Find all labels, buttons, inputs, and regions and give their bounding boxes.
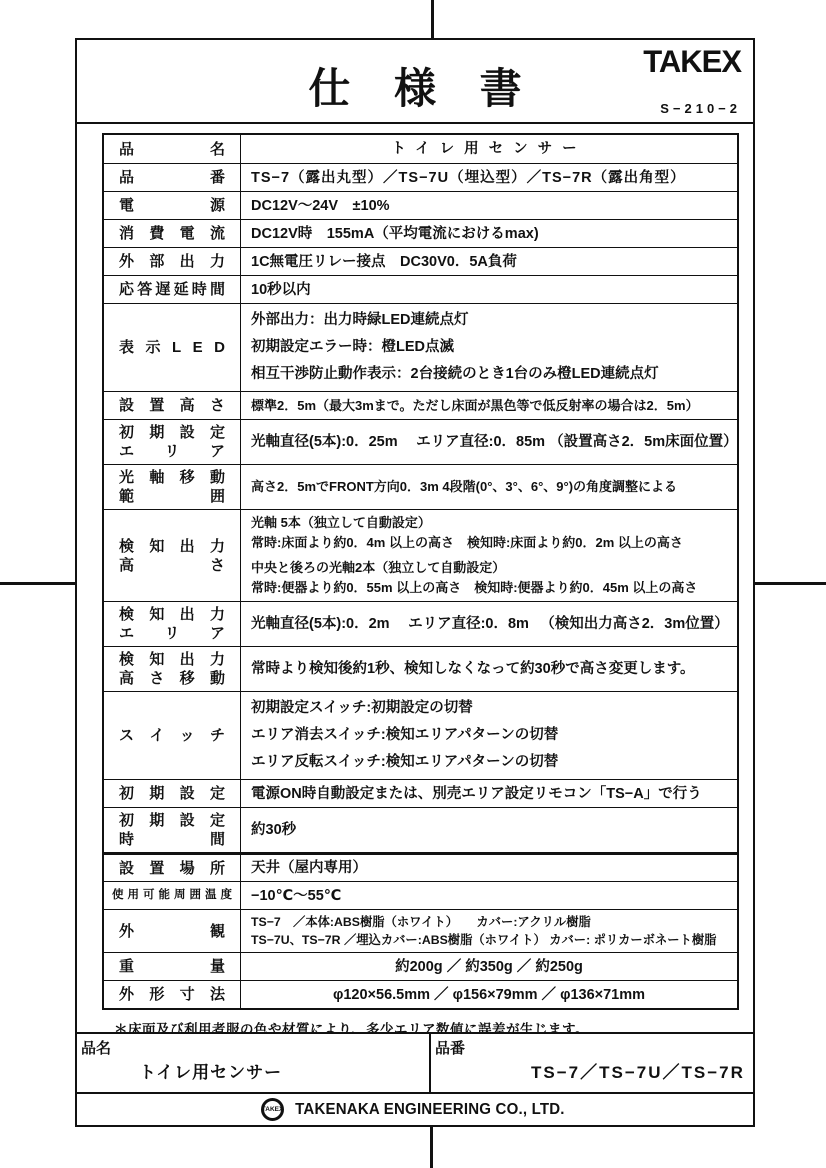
spec-label-line: 応答遅延時間 xyxy=(119,280,225,299)
spec-label-line: 初期設定 xyxy=(119,784,225,803)
spec-row-shoki_area: 初期設定エリア光軸直径(5本):0．25m エリア直径:0．85m （設置高さ2… xyxy=(104,419,737,464)
spec-label-line: 高さ xyxy=(119,556,225,575)
spec-value-line: DC12V～24V ±10% xyxy=(251,196,727,216)
spec-row-setchi_takasa: 設置高さ標準2．5m（最大3mまで。ただし床面が黒色等で低反射率の場合は2．5m… xyxy=(104,391,737,419)
spec-label-gaibu: 外部出力 xyxy=(104,248,241,275)
spec-value-switch: 初期設定スイッチ:初期設定の切替エリア消去スイッチ:検知エリアパターンの切替エリ… xyxy=(241,692,737,779)
spec-value-line: 相互干渉防止動作表示：2台接続のとき1台のみ橙LED連続点灯 xyxy=(251,361,727,388)
spec-row-gaikan: 外観TS−7 ／本体:ABS樹脂（ホワイト） カバー:アクリル樹脂TS−7U、T… xyxy=(104,909,737,952)
spec-row-switch: スイッチ初期設定スイッチ:初期設定の切替エリア消去スイッチ:検知エリアパターンの… xyxy=(104,691,737,779)
spec-value-gaikan: TS−7 ／本体:ABS樹脂（ホワイト） カバー:アクリル樹脂TS−7U、TS−… xyxy=(241,910,737,952)
spec-value-line: 初期設定エラー時：橙LED点滅 xyxy=(251,334,727,361)
company-footer: TAKEX TAKENAKA ENGINEERING CO., LTD. xyxy=(77,1092,753,1125)
spec-value-line: TS−7（露出丸型）／TS−7U（埋込型）／TS−7R（露出角型） xyxy=(251,168,727,188)
spec-value-shouhi: DC12V時 155mA（平均電流におけるmax) xyxy=(241,220,737,247)
spec-value-line: 約200g ／ 約350g ／ 約250g xyxy=(395,957,583,977)
summary-product-name: 品名 トイレ用センサー xyxy=(77,1034,431,1092)
spec-value-hinban: TS−7（露出丸型）／TS−7U（埋込型）／TS−7R（露出角型） xyxy=(241,164,737,191)
spec-value-line: φ120×56.5mm ／ φ156×79mm ／ φ136×71mm xyxy=(333,985,645,1005)
spec-value-line: 約30秒 xyxy=(251,820,727,840)
spec-row-kojiku: 光軸移動範囲高さ2．5mでFRONT方向0．3m 4段階(0°、3°、6°、9°… xyxy=(104,464,737,509)
spec-value-shoki_settei: 電源ON時自動設定または、別売エリア設定リモコン「TS−A」で行う xyxy=(241,780,737,807)
spec-value-led: 外部出力：出力時緑LED連続点灯初期設定エラー時：橙LED点滅相互干渉防止動作表… xyxy=(241,304,737,391)
spec-value-line: 初期設定スイッチ:初期設定の切替 xyxy=(251,695,727,722)
spec-row-gaibu: 外部出力1C無電圧リレー接点 DC30V0．5A負荷 xyxy=(104,247,737,275)
spec-label-hinmei: 品名 xyxy=(104,135,241,163)
crop-mark-right xyxy=(753,582,826,585)
spec-label-kojiku: 光軸移動範囲 xyxy=(104,465,241,509)
spec-label-kenchi_takasa: 検知出力高さ xyxy=(104,510,241,601)
spec-label-switch: スイッチ xyxy=(104,692,241,779)
spec-row-setchi_basho: 設置場所天井（屋内専用） xyxy=(104,852,737,881)
spec-row-led: 表示LED外部出力：出力時緑LED連続点灯初期設定エラー時：橙LED点滅相互干渉… xyxy=(104,303,737,391)
spec-value-ondo: −10℃～55℃ xyxy=(241,882,737,909)
spec-value-line: 常時より検知後約1秒、検知しなくなって約30秒で高さ変更します。 xyxy=(251,659,727,679)
spec-value-shoki_area: 光軸直径(5本):0．25m エリア直径:0．85m （設置高さ2．5m床面位置… xyxy=(241,420,748,464)
spec-value-line: 中央と後ろの光軸2本（独立して自動設定） xyxy=(251,558,727,578)
summary-number-label: 品番 xyxy=(431,1034,753,1058)
spec-label-gaikan: 外観 xyxy=(104,910,241,952)
spec-label-line: 検知出力 xyxy=(119,537,225,556)
spec-label-line: 設置場所 xyxy=(119,859,225,878)
spec-value-line: 常時:床面より約0．4m 以上の高さ 検知時:床面より約0．2m 以上の高さ xyxy=(251,533,727,553)
spec-row-ondo: 使用可能周囲温度−10℃～55℃ xyxy=(104,881,737,909)
spec-value-shoki_jikan: 約30秒 xyxy=(241,808,737,852)
summary-band: 品名 トイレ用センサー 品番 TS−7／TS−7U／TS−7R xyxy=(77,1032,753,1092)
spec-value-line: 電源ON時自動設定または、別売エリア設定リモコン「TS−A」で行う xyxy=(251,784,727,804)
spec-label-line: 検知出力 xyxy=(119,650,225,669)
spec-value-line: 1C無電圧リレー接点 DC30V0．5A負荷 xyxy=(251,252,727,272)
spec-value-line: TS−7 ／本体:ABS樹脂（ホワイト） カバー:アクリル樹脂 xyxy=(251,913,727,931)
spec-label-line: 時間 xyxy=(119,830,225,849)
spec-label-line: 光軸移動 xyxy=(119,468,225,487)
spec-label-shoki_area: 初期設定エリア xyxy=(104,420,241,464)
company-name: TAKENAKA ENGINEERING CO., LTD. xyxy=(295,1101,564,1119)
spec-value-line: TS−7U、TS−7R ／埋込カバー:ABS樹脂（ホワイト） カバー: ポリカー… xyxy=(251,931,727,949)
crop-mark-left xyxy=(0,582,75,585)
summary-name-value: トイレ用センサー xyxy=(77,1058,429,1083)
spec-value-setchi_takasa: 標準2．5m（最大3mまで。ただし床面が黒色等で低反射率の場合は2．5m） xyxy=(241,392,737,419)
spec-label-outou: 応答遅延時間 xyxy=(104,276,241,303)
summary-number-value: TS−7／TS−7U／TS−7R xyxy=(431,1058,753,1083)
crop-mark-top xyxy=(431,0,434,38)
crop-mark-bottom xyxy=(430,1127,433,1168)
spec-label-line: 使用可能周囲温度 xyxy=(112,886,232,905)
spec-table-area: 品名トイレ用センサー品番TS−7（露出丸型）／TS−7U（埋込型）／TS−7R（… xyxy=(77,124,753,1032)
takex-logo: TAKEX xyxy=(643,44,741,81)
spec-value-line: 常時:便器より約0．55m 以上の高さ 検知時:便器より約0．45m 以上の高さ xyxy=(251,578,727,598)
spec-label-line: 重量 xyxy=(119,957,225,976)
spec-label-line: 高さ移動 xyxy=(119,669,225,688)
spec-label-ondo: 使用可能周囲温度 xyxy=(104,882,241,909)
spec-row-outou: 応答遅延時間10秒以内 xyxy=(104,275,737,303)
spec-label-line: 品番 xyxy=(119,168,225,187)
spec-row-dengen: 電源DC12V～24V ±10% xyxy=(104,191,737,219)
summary-name-label: 品名 xyxy=(77,1034,429,1058)
spec-label-line: 範囲 xyxy=(119,487,225,506)
spec-label-shoki_jikan: 初期設定時間 xyxy=(104,808,241,852)
spec-label-line: 品名 xyxy=(119,140,225,159)
spec-label-line: 表示LED xyxy=(119,338,225,357)
spec-label-line: スイッチ xyxy=(119,726,225,745)
spec-label-line: 消費電流 xyxy=(119,224,225,243)
sheet-header: 仕 様 書 TAKEX S−210−2 xyxy=(77,40,753,124)
spec-value-line: 高さ2．5mでFRONT方向0．3m 4段階(0°、3°、6°、9°)の角度調整… xyxy=(251,477,727,497)
spec-value-line: 天井（屋内専用） xyxy=(251,858,727,878)
spec-row-kenchi_area: 検知出力エリア光軸直径(5本):0．2m エリア直径:0．8m （検知出力高さ2… xyxy=(104,601,737,646)
document-number: S−210−2 xyxy=(660,101,741,116)
spec-row-sunpou: 外形寸法φ120×56.5mm ／ φ156×79mm ／ φ136×71mm xyxy=(104,980,737,1008)
spec-label-shoki_settei: 初期設定 xyxy=(104,780,241,807)
spec-value-line: 標準2．5m（最大3mまで。ただし床面が黒色等で低反射率の場合は2．5m） xyxy=(251,396,727,416)
spec-value-line: トイレ用センサー xyxy=(391,139,586,159)
spec-value-hinmei: トイレ用センサー xyxy=(241,135,737,163)
spec-row-juuryou: 重量約200g ／ 約350g ／ 約250g xyxy=(104,952,737,980)
spec-value-line: 光軸直径(5本):0．25m エリア直径:0．85m （設置高さ2．5m床面位置… xyxy=(251,432,738,452)
spec-value-gaibu: 1C無電圧リレー接点 DC30V0．5A負荷 xyxy=(241,248,737,275)
spec-label-kenchi_area: 検知出力エリア xyxy=(104,602,241,646)
spec-label-line: 電源 xyxy=(119,196,225,215)
spec-row-kenchi_idou: 検知出力高さ移動常時より検知後約1秒、検知しなくなって約30秒で高さ変更します。 xyxy=(104,646,737,691)
spec-value-juuryou: 約200g ／ 約350g ／ 約250g xyxy=(241,953,737,980)
spec-value-kenchi_idou: 常時より検知後約1秒、検知しなくなって約30秒で高さ変更します。 xyxy=(241,647,737,691)
spec-value-line: DC12V時 155mA（平均電流におけるmax) xyxy=(251,224,727,244)
spec-value-dengen: DC12V～24V ±10% xyxy=(241,192,737,219)
footnote: ＊床面及び利用者服の色や材質により、多少エリア数値に誤差が生じます。 xyxy=(114,1018,735,1032)
spec-value-line: エリア消去スイッチ:検知エリアパターンの切替 xyxy=(251,722,727,749)
takex-circle-icon: TAKEX xyxy=(261,1098,284,1121)
spec-value-line: −10℃～55℃ xyxy=(251,886,727,906)
spec-value-line: 光軸直径(5本):0．2m エリア直径:0．8m （検知出力高さ2．3m位置） xyxy=(251,614,729,634)
spec-label-line: 外形寸法 xyxy=(119,985,225,1004)
spec-label-line: 外観 xyxy=(119,922,225,941)
spec-label-setchi_takasa: 設置高さ xyxy=(104,392,241,419)
spec-value-kojiku: 高さ2．5mでFRONT方向0．3m 4段階(0°、3°、6°、9°)の角度調整… xyxy=(241,465,737,509)
spec-row-kenchi_takasa: 検知出力高さ光軸 5本（独立して自動設定）常時:床面より約0．4m 以上の高さ … xyxy=(104,509,737,601)
spec-label-line: 初期設定 xyxy=(119,423,225,442)
spec-label-line: 設置高さ xyxy=(119,396,225,415)
spec-row-hinban: 品番TS−7（露出丸型）／TS−7U（埋込型）／TS−7R（露出角型） xyxy=(104,163,737,191)
spec-label-sunpou: 外形寸法 xyxy=(104,981,241,1008)
spec-label-juuryou: 重量 xyxy=(104,953,241,980)
spec-row-shouhi: 消費電流DC12V時 155mA（平均電流におけるmax) xyxy=(104,219,737,247)
spec-label-line: エリア xyxy=(119,442,225,461)
spec-label-dengen: 電源 xyxy=(104,192,241,219)
summary-product-number: 品番 TS−7／TS−7U／TS−7R xyxy=(431,1034,753,1092)
spec-value-kenchi_area: 光軸直径(5本):0．2m エリア直径:0．8m （検知出力高さ2．3m位置） xyxy=(241,602,739,646)
spec-value-line: 光軸 5本（独立して自動設定） xyxy=(251,513,727,533)
spec-value-sunpou: φ120×56.5mm ／ φ156×79mm ／ φ136×71mm xyxy=(241,981,737,1008)
spec-label-line: エリア xyxy=(119,624,225,643)
spec-label-line: 検知出力 xyxy=(119,605,225,624)
spec-value-line: エリア反転スイッチ:検知エリアパターンの切替 xyxy=(251,749,727,776)
spec-value-setchi_basho: 天井（屋内専用） xyxy=(241,855,737,881)
spec-label-kenchi_idou: 検知出力高さ移動 xyxy=(104,647,241,691)
spec-row-shoki_settei: 初期設定電源ON時自動設定または、別売エリア設定リモコン「TS−A」で行う xyxy=(104,779,737,807)
spec-row-shoki_jikan: 初期設定時間約30秒 xyxy=(104,807,737,852)
spec-label-line: 初期設定 xyxy=(119,811,225,830)
spec-label-setchi_basho: 設置場所 xyxy=(104,855,241,881)
spec-row-hinmei: 品名トイレ用センサー xyxy=(104,135,737,163)
spec-value-line: 外部出力：出力時緑LED連続点灯 xyxy=(251,307,727,334)
spec-label-line: 外部出力 xyxy=(119,252,225,271)
spec-label-led: 表示LED xyxy=(104,304,241,391)
spec-label-shouhi: 消費電流 xyxy=(104,220,241,247)
spec-value-outou: 10秒以内 xyxy=(241,276,737,303)
spec-value-line: 10秒以内 xyxy=(251,280,727,300)
spec-label-hinban: 品番 xyxy=(104,164,241,191)
spec-value-kenchi_takasa: 光軸 5本（独立して自動設定）常時:床面より約0．4m 以上の高さ 検知時:床面… xyxy=(241,510,737,601)
spec-sheet: 仕 様 書 TAKEX S−210−2 品名トイレ用センサー品番TS−7（露出丸… xyxy=(75,38,755,1127)
spec-table: 品名トイレ用センサー品番TS−7（露出丸型）／TS−7U（埋込型）／TS−7R（… xyxy=(102,133,739,1010)
